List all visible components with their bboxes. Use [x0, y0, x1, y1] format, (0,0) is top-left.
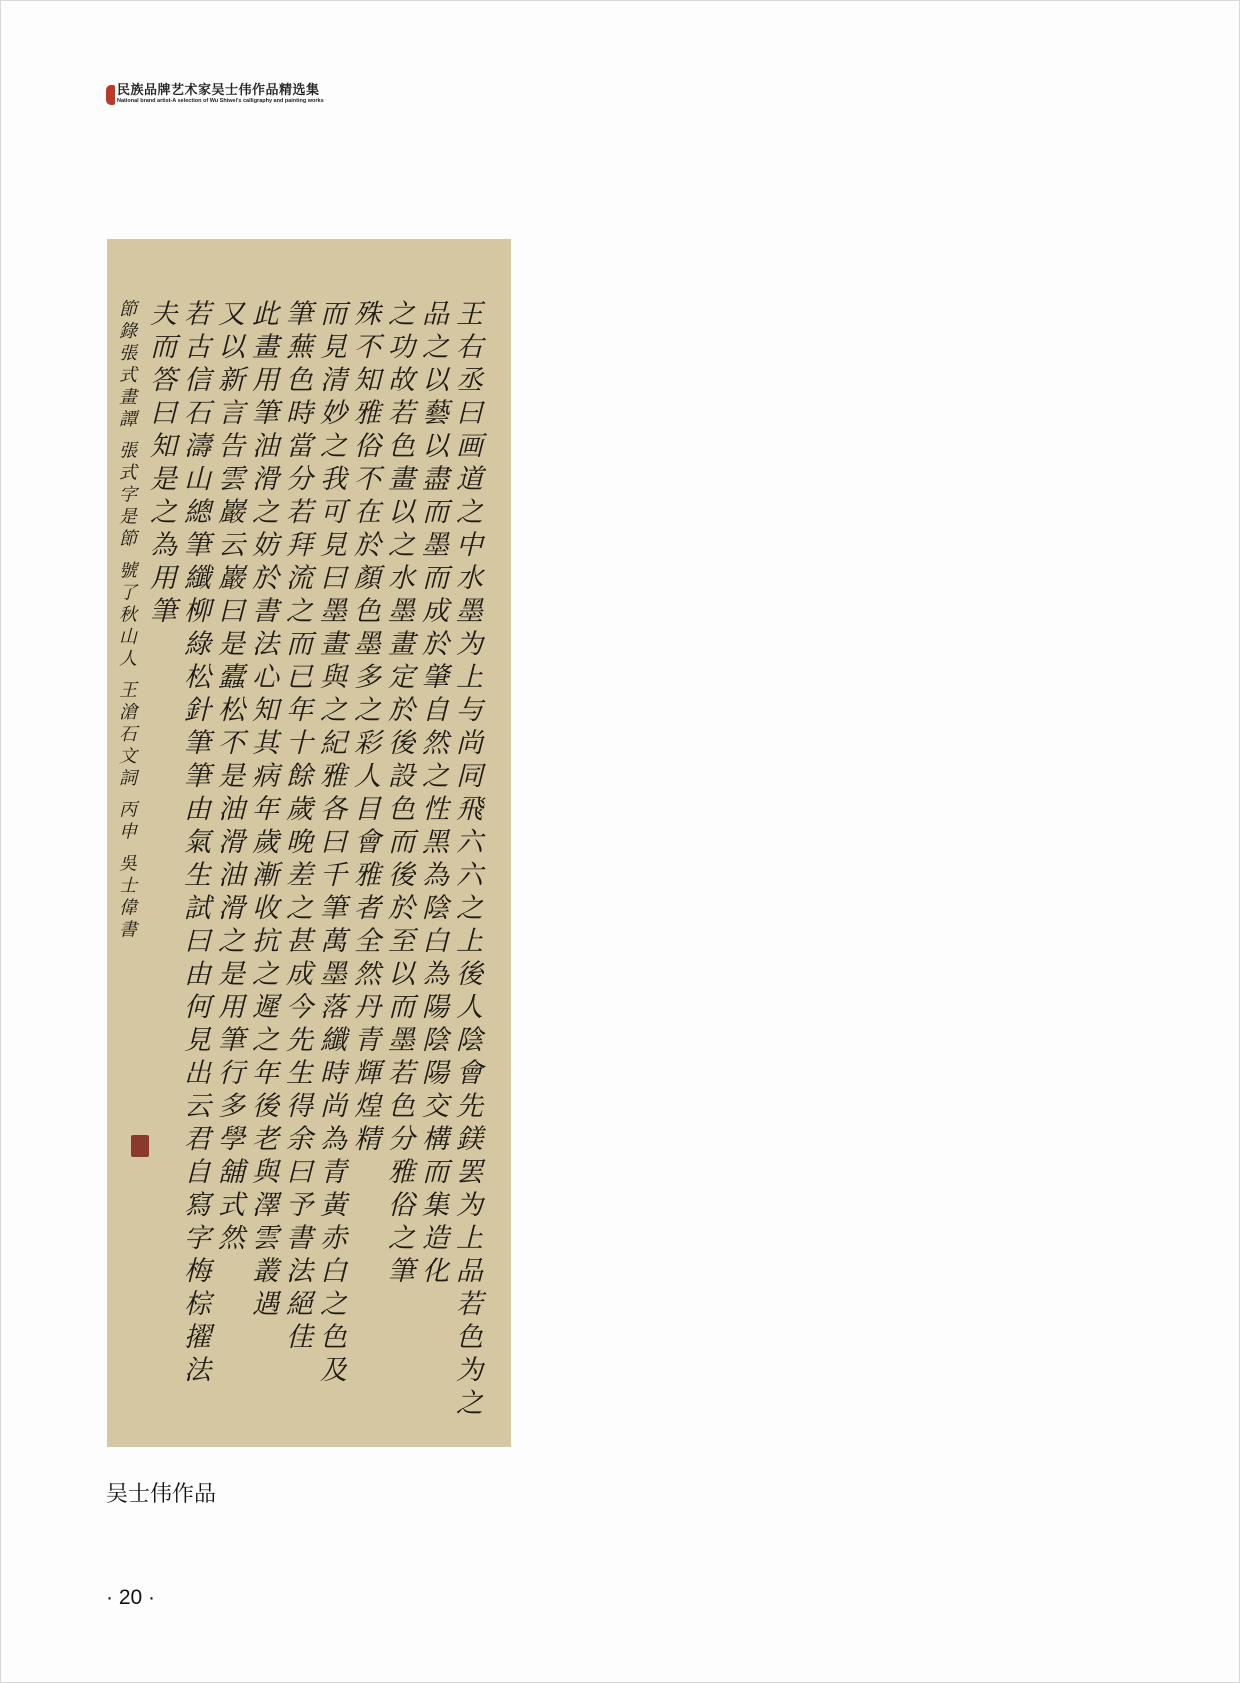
calligraphy-inscription: 節錄張式畫譚 張式字是節 號了秋山人 王滄石文詞 丙申 吳士偉書: [111, 299, 141, 1421]
calligraphy-text: 王右丞曰画道之中水墨为上与尚同飛六六之上後人陰會先鎂罢为上品若色为之 品之以藝以…: [111, 299, 481, 1421]
calligraphy-artwork: 王右丞曰画道之中水墨为上与尚同飛六六之上後人陰會先鎂罢为上品若色为之 品之以藝以…: [107, 239, 511, 1447]
calligraphy-column: 若古信石濤山總筆纖柳綠松針筆筆由氣生試曰由何見出云君自寫字梅棕擢法: [179, 299, 209, 1421]
red-seal-logo-icon: [106, 85, 115, 105]
artist-seal-icon: [131, 1135, 149, 1157]
calligraphy-column: 又以新言告雲巖云巖曰是蠹松不是油滑油滑之是用筆行多學舖式然: [213, 299, 243, 1421]
calligraphy-column: 之功故若色畫以之水墨畫定於後設色而後於至以而墨若色分雅俗之筆: [383, 299, 413, 1421]
page-number: · 20 ·: [106, 1586, 155, 1610]
header-subtitle: National brand artist-A selection of Wu …: [117, 98, 324, 105]
calligraphy-column: 而見清妙之我可見曰墨畫與之紀雅各曰千筆萬墨落纖時尚為青黃赤白之色及: [315, 299, 345, 1421]
calligraphy-column: 王右丞曰画道之中水墨为上与尚同飛六六之上後人陰會先鎂罢为上品若色为之: [451, 299, 481, 1421]
calligraphy-column: 筆蕪色時當分若拜流之而已年十餘歲晚差之甚成今先生得余曰予書法絕佳: [281, 299, 311, 1421]
calligraphy-column: 夫而答曰知是之為用筆: [145, 299, 175, 1421]
calligraphy-column: 殊不知雅俗不在於顏色墨多之彩人目會雅者全然丹青輝煌精: [349, 299, 379, 1421]
calligraphy-column: 此畫用筆油滑之妨於書法心知其病年歲漸收抗之遲之年後老與澤雲叢遇: [247, 299, 277, 1421]
header-title: 民族品牌艺术家吴士伟作品精选集: [117, 84, 324, 98]
calligraphy-column: 品之以藝以盡而墨而成於肇自然之性黑為陰白為陽陰陽交構而集造化: [417, 299, 447, 1421]
artwork-caption: 吴士伟作品: [106, 1477, 216, 1508]
page-header: 民族品牌艺术家吴士伟作品精选集 National brand artist-A …: [106, 84, 324, 105]
